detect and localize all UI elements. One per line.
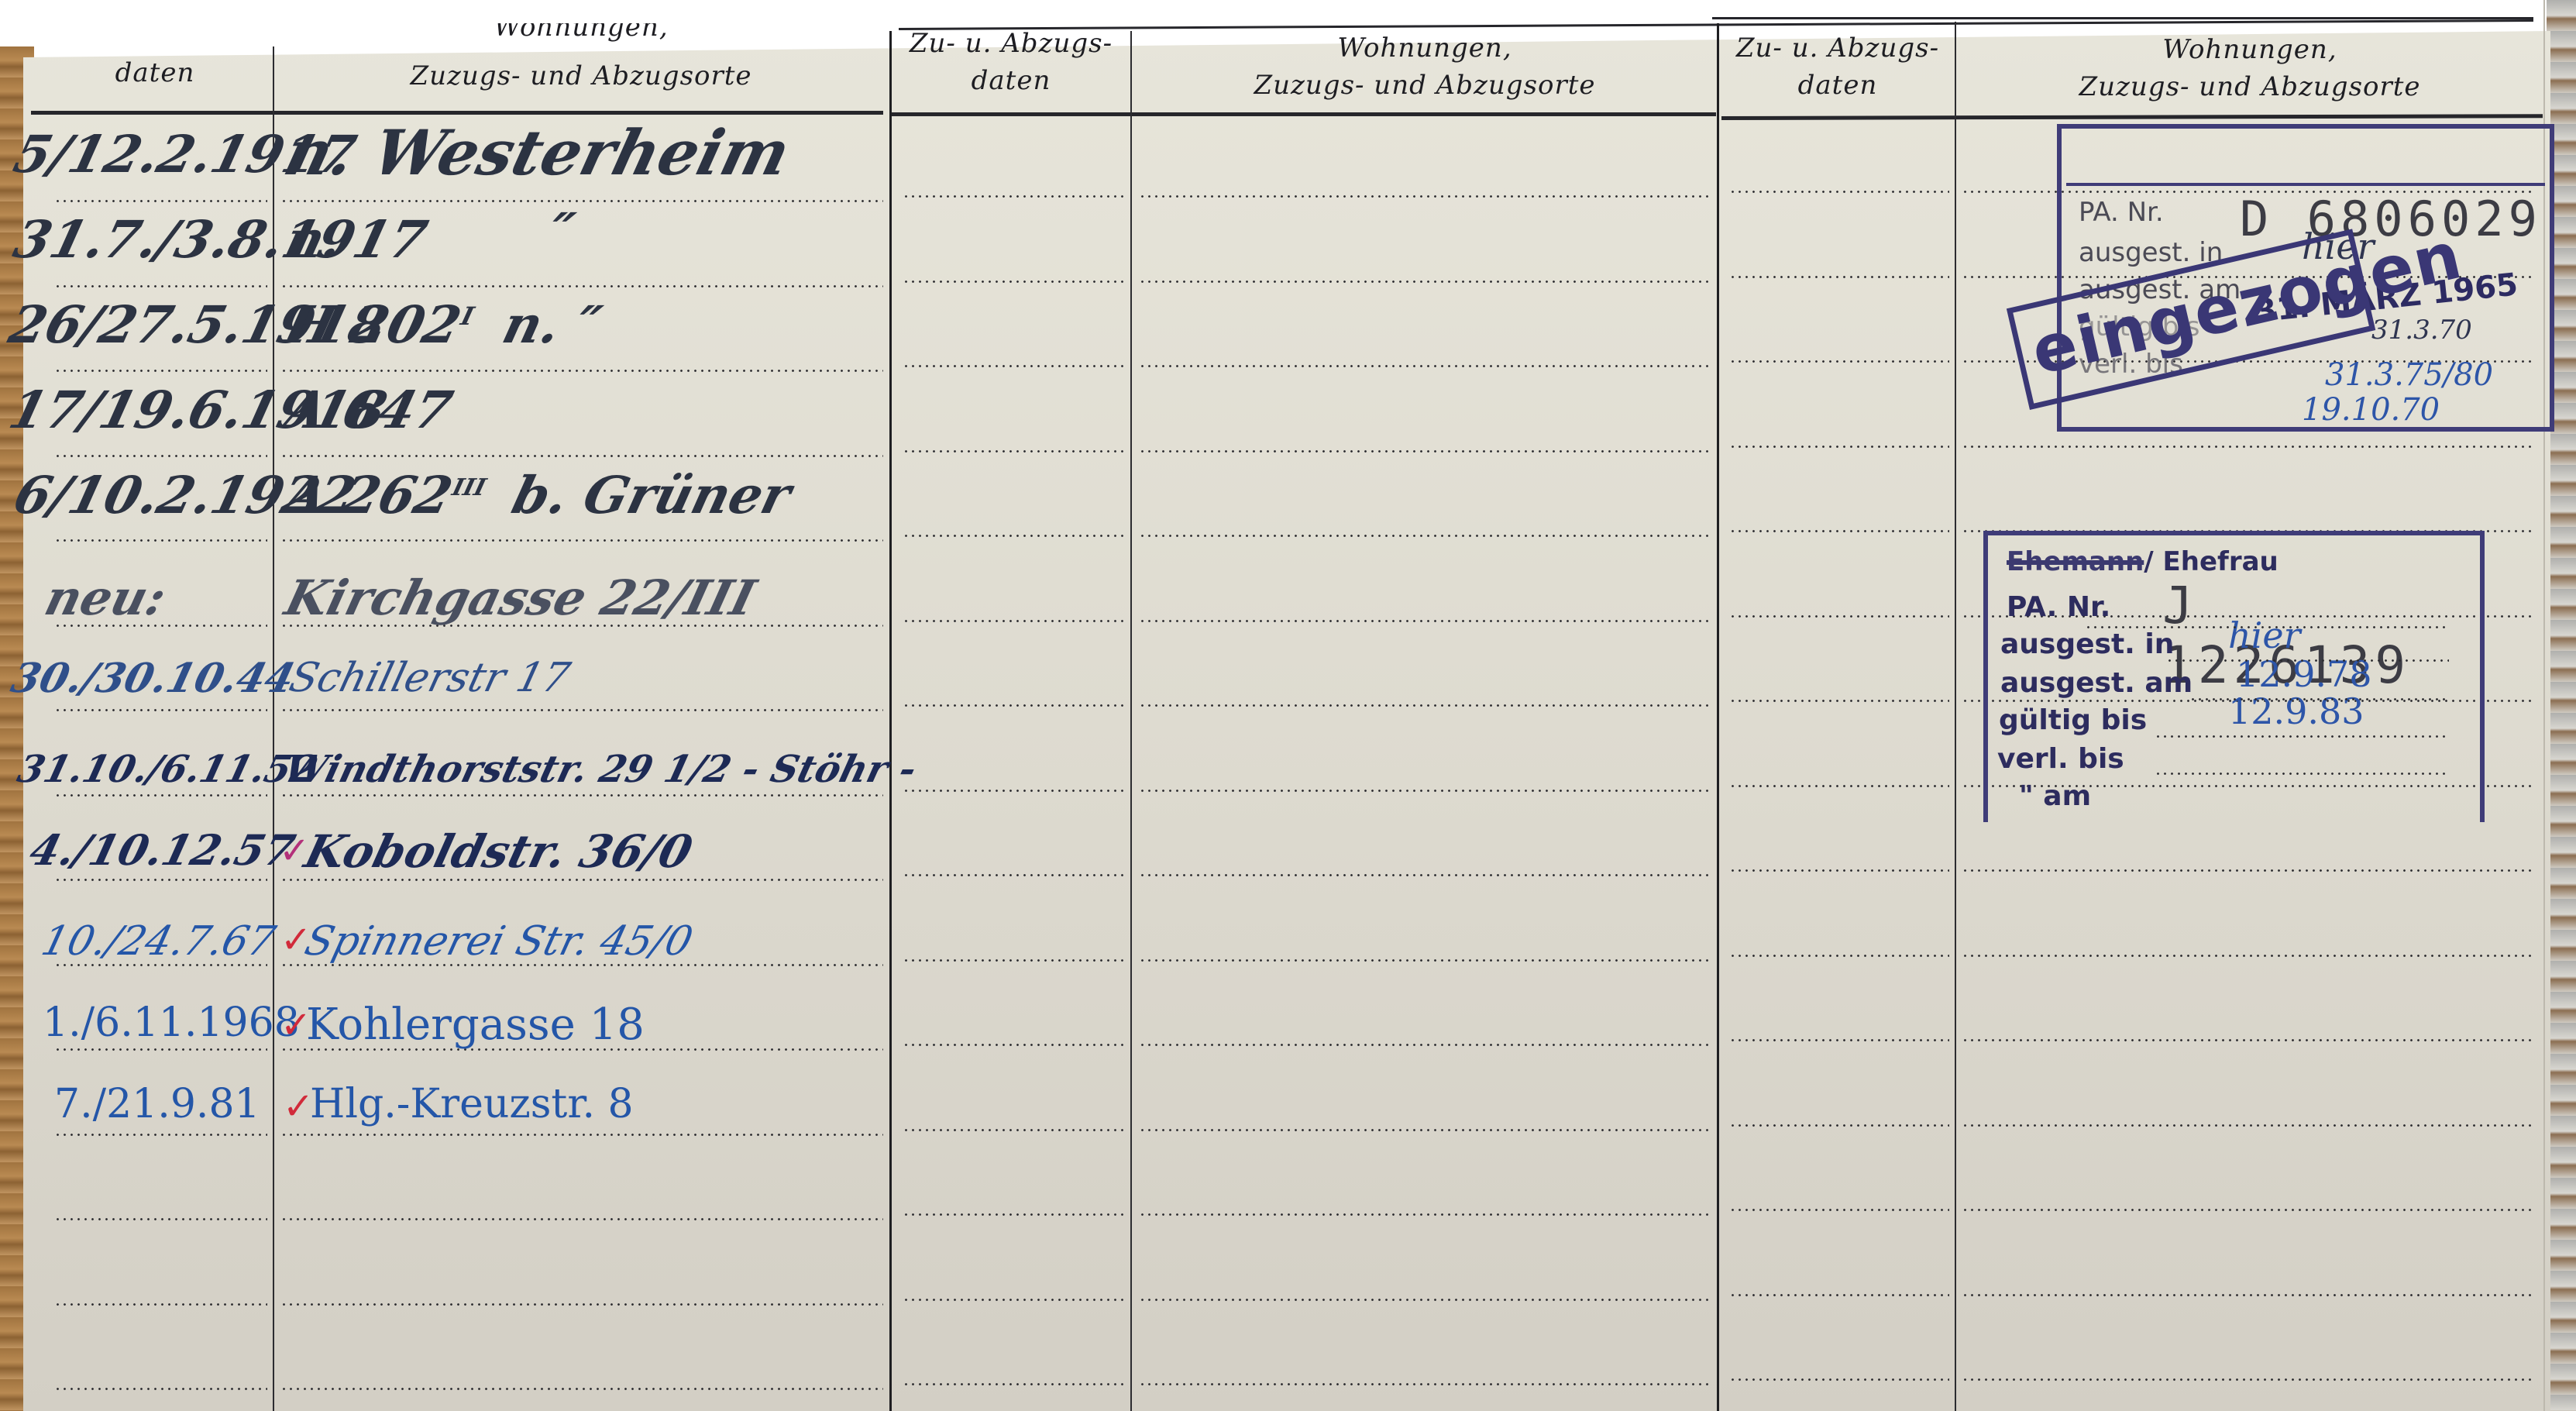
dotted-rule (1729, 1209, 1949, 1211)
header-places-col2: Wohnungen, Zuzugs- und Abzugsorte (279, 23, 883, 95)
dotted-rule (280, 370, 883, 372)
field-dots (2166, 659, 2449, 662)
dotted-rule (1139, 280, 1712, 283)
dotted-rule (1729, 360, 1949, 363)
header-dates-col5: Zu- u. Abzugs- daten (1721, 29, 1954, 104)
dotted-rule (54, 370, 267, 372)
dotted-rule (1139, 1044, 1712, 1046)
dotted-rule (54, 1388, 267, 1390)
dotted-rule (903, 535, 1125, 537)
dotted-rule (1139, 195, 1712, 198)
field-dots (2085, 626, 2449, 628)
dotted-rule (280, 200, 883, 202)
dotted-rule (1962, 869, 2533, 872)
dotted-rule (903, 1129, 1125, 1131)
entry-place: Kirchgasse 22/III (280, 570, 761, 626)
dotted-rule (54, 879, 267, 881)
entry-date: 10./24.7.67 (37, 918, 280, 965)
entry-date: neu: (40, 570, 172, 626)
dotted-rule (1729, 446, 1949, 448)
field-dots (2155, 735, 2449, 738)
entry-place: Hlg.-Kreuzstr. 8 (310, 1081, 634, 1127)
dotted-rule (1962, 1124, 2533, 1127)
entry-place: Koboldstr. 36/0 (300, 825, 698, 878)
label-pa-nr: PA. Nr. (2079, 197, 2164, 228)
dotted-rule (903, 790, 1125, 792)
entry-date: 31.10./6.11.52 (13, 748, 322, 791)
valid-until-value: 12.9.83 (2228, 690, 2364, 732)
dotted-rule (54, 1218, 267, 1220)
dotted-rule (54, 794, 267, 797)
label-valid-until: gültig bis (1999, 704, 2147, 736)
dotted-rule (54, 709, 267, 711)
header-rule (31, 111, 883, 115)
dotted-rule (280, 539, 883, 542)
extended-on-value: 19.10.70 (2302, 392, 2440, 428)
column-divider (1130, 31, 1132, 1411)
dotted-rule (903, 195, 1125, 198)
dotted-rule (1139, 1129, 1712, 1131)
dotted-rule (1729, 1124, 1949, 1127)
dotted-rule (903, 1383, 1125, 1385)
dotted-rule (903, 280, 1125, 283)
dotted-rule (54, 200, 267, 202)
header-rule (891, 112, 1716, 116)
dotted-rule (903, 704, 1125, 707)
dotted-rule (280, 1388, 883, 1390)
label-pa-nr: PA. Nr. (2007, 591, 2110, 623)
header-places-col4: Wohnungen, Zuzugs- und Abzugsorte (1133, 29, 1717, 104)
section-divider (889, 31, 892, 1411)
dotted-rule (1729, 1378, 1949, 1381)
dotted-rule (280, 709, 883, 711)
dotted-rule (1139, 535, 1712, 537)
dotted-rule (1139, 365, 1712, 367)
entry-date: 1./6.11.1968 (43, 1000, 300, 1046)
dotted-rule (1139, 1299, 1712, 1301)
dotted-rule (903, 365, 1125, 367)
passport-stamp-2: Ehemann/ Ehefrau PA. Nr. J 1226139 ausge… (1983, 531, 2485, 822)
entry-date: 30./30.10.44 (6, 655, 299, 702)
column-divider (1955, 22, 1956, 1411)
dotted-rule (1139, 959, 1712, 962)
dotted-rule (280, 794, 883, 797)
dotted-rule (903, 874, 1125, 876)
dotted-rule (903, 1213, 1125, 1216)
dotted-rule (54, 539, 267, 542)
dotted-rule (903, 1044, 1125, 1046)
field-dots (2189, 698, 2449, 700)
stamp-inner-rule (2066, 183, 2545, 186)
dotted-rule (1139, 790, 1712, 792)
dotted-rule (1139, 620, 1712, 622)
entry-place: Spinnerei Str. 45/0 (301, 918, 698, 965)
label-issued-on: ausgest. am (2000, 667, 2193, 699)
dotted-rule (1139, 874, 1712, 876)
dotted-rule (54, 285, 267, 287)
dotted-rule (1962, 1294, 2533, 1296)
header-dates-col3: Zu- u. Abzugs- daten (892, 25, 1130, 99)
dotted-rule (280, 285, 883, 287)
top-rule (899, 19, 2533, 30)
dotted-rule (1139, 704, 1712, 707)
dotted-rule (54, 1303, 267, 1306)
dotted-rule (1729, 1294, 1949, 1296)
dotted-rule (54, 1048, 267, 1051)
entry-place: n. Westerheim (277, 116, 797, 189)
dotted-rule (903, 450, 1125, 453)
dotted-rule (280, 1303, 883, 1306)
label-extended-until: verl. bis (1997, 743, 2124, 775)
label-on: " am (2019, 780, 2091, 812)
entry-place: Schillerstr 17 (285, 655, 575, 701)
dotted-rule (54, 455, 267, 457)
dotted-rule (1139, 450, 1712, 453)
header-dates-col1: daten (46, 54, 263, 91)
dotted-rule (1729, 276, 1949, 278)
header-places-col6: Wohnungen, Zuzugs- und Abzugsorte (1957, 31, 2543, 105)
field-dots (2155, 773, 2449, 775)
valid-until-value: 31.3.70 (2371, 315, 2472, 346)
stamp-title: Ehemann/ Ehefrau (2007, 546, 2279, 577)
entry-place: A 262III b. Grüner (279, 465, 796, 525)
dotted-rule (1729, 615, 1949, 618)
dotted-rule (54, 1134, 267, 1136)
section-divider (1717, 23, 1719, 1411)
entry-place: Windthorststr. 29 1/2 - Stöhr - (280, 748, 921, 791)
entry-date: 31.7./3.8.1917 (8, 209, 433, 270)
dotted-rule (280, 1218, 883, 1220)
dotted-rule (1962, 1039, 2533, 1041)
dotted-rule (903, 1299, 1125, 1301)
dotted-rule (1729, 700, 1949, 702)
entry-place: Kohlergasse 18 (306, 1000, 645, 1050)
dotted-rule (280, 879, 883, 881)
extended-until-value: 31.3.75/80 (2325, 357, 2493, 393)
dotted-rule (1729, 1039, 1949, 1041)
dotted-rule (1962, 955, 2533, 957)
top-rule (1712, 17, 2533, 19)
dotted-rule (1729, 530, 1949, 532)
entry-date: 4./10.12.57 (25, 825, 300, 875)
entry-place: H 202I n. ″ (279, 294, 607, 355)
dotted-rule (1962, 1378, 2533, 1381)
dotted-rule (1139, 1383, 1712, 1385)
entry-date: 7./21.9.81 (54, 1081, 260, 1127)
dotted-rule (903, 959, 1125, 962)
dotted-rule (1962, 1209, 2533, 1211)
dotted-rule (1139, 1213, 1712, 1216)
dotted-rule (280, 1134, 883, 1136)
dotted-rule (280, 455, 883, 457)
label-issued-in: ausgest. in (2000, 628, 2174, 660)
entry-place: A 647 (279, 380, 458, 440)
dotted-rule (903, 620, 1125, 622)
dotted-rule (1962, 446, 2533, 448)
issued-in-value: hier (2228, 614, 2301, 656)
dotted-rule (1729, 191, 1949, 193)
dotted-rule (1729, 869, 1949, 872)
dotted-rule (1729, 955, 1949, 957)
dotted-rule (1729, 785, 1949, 787)
